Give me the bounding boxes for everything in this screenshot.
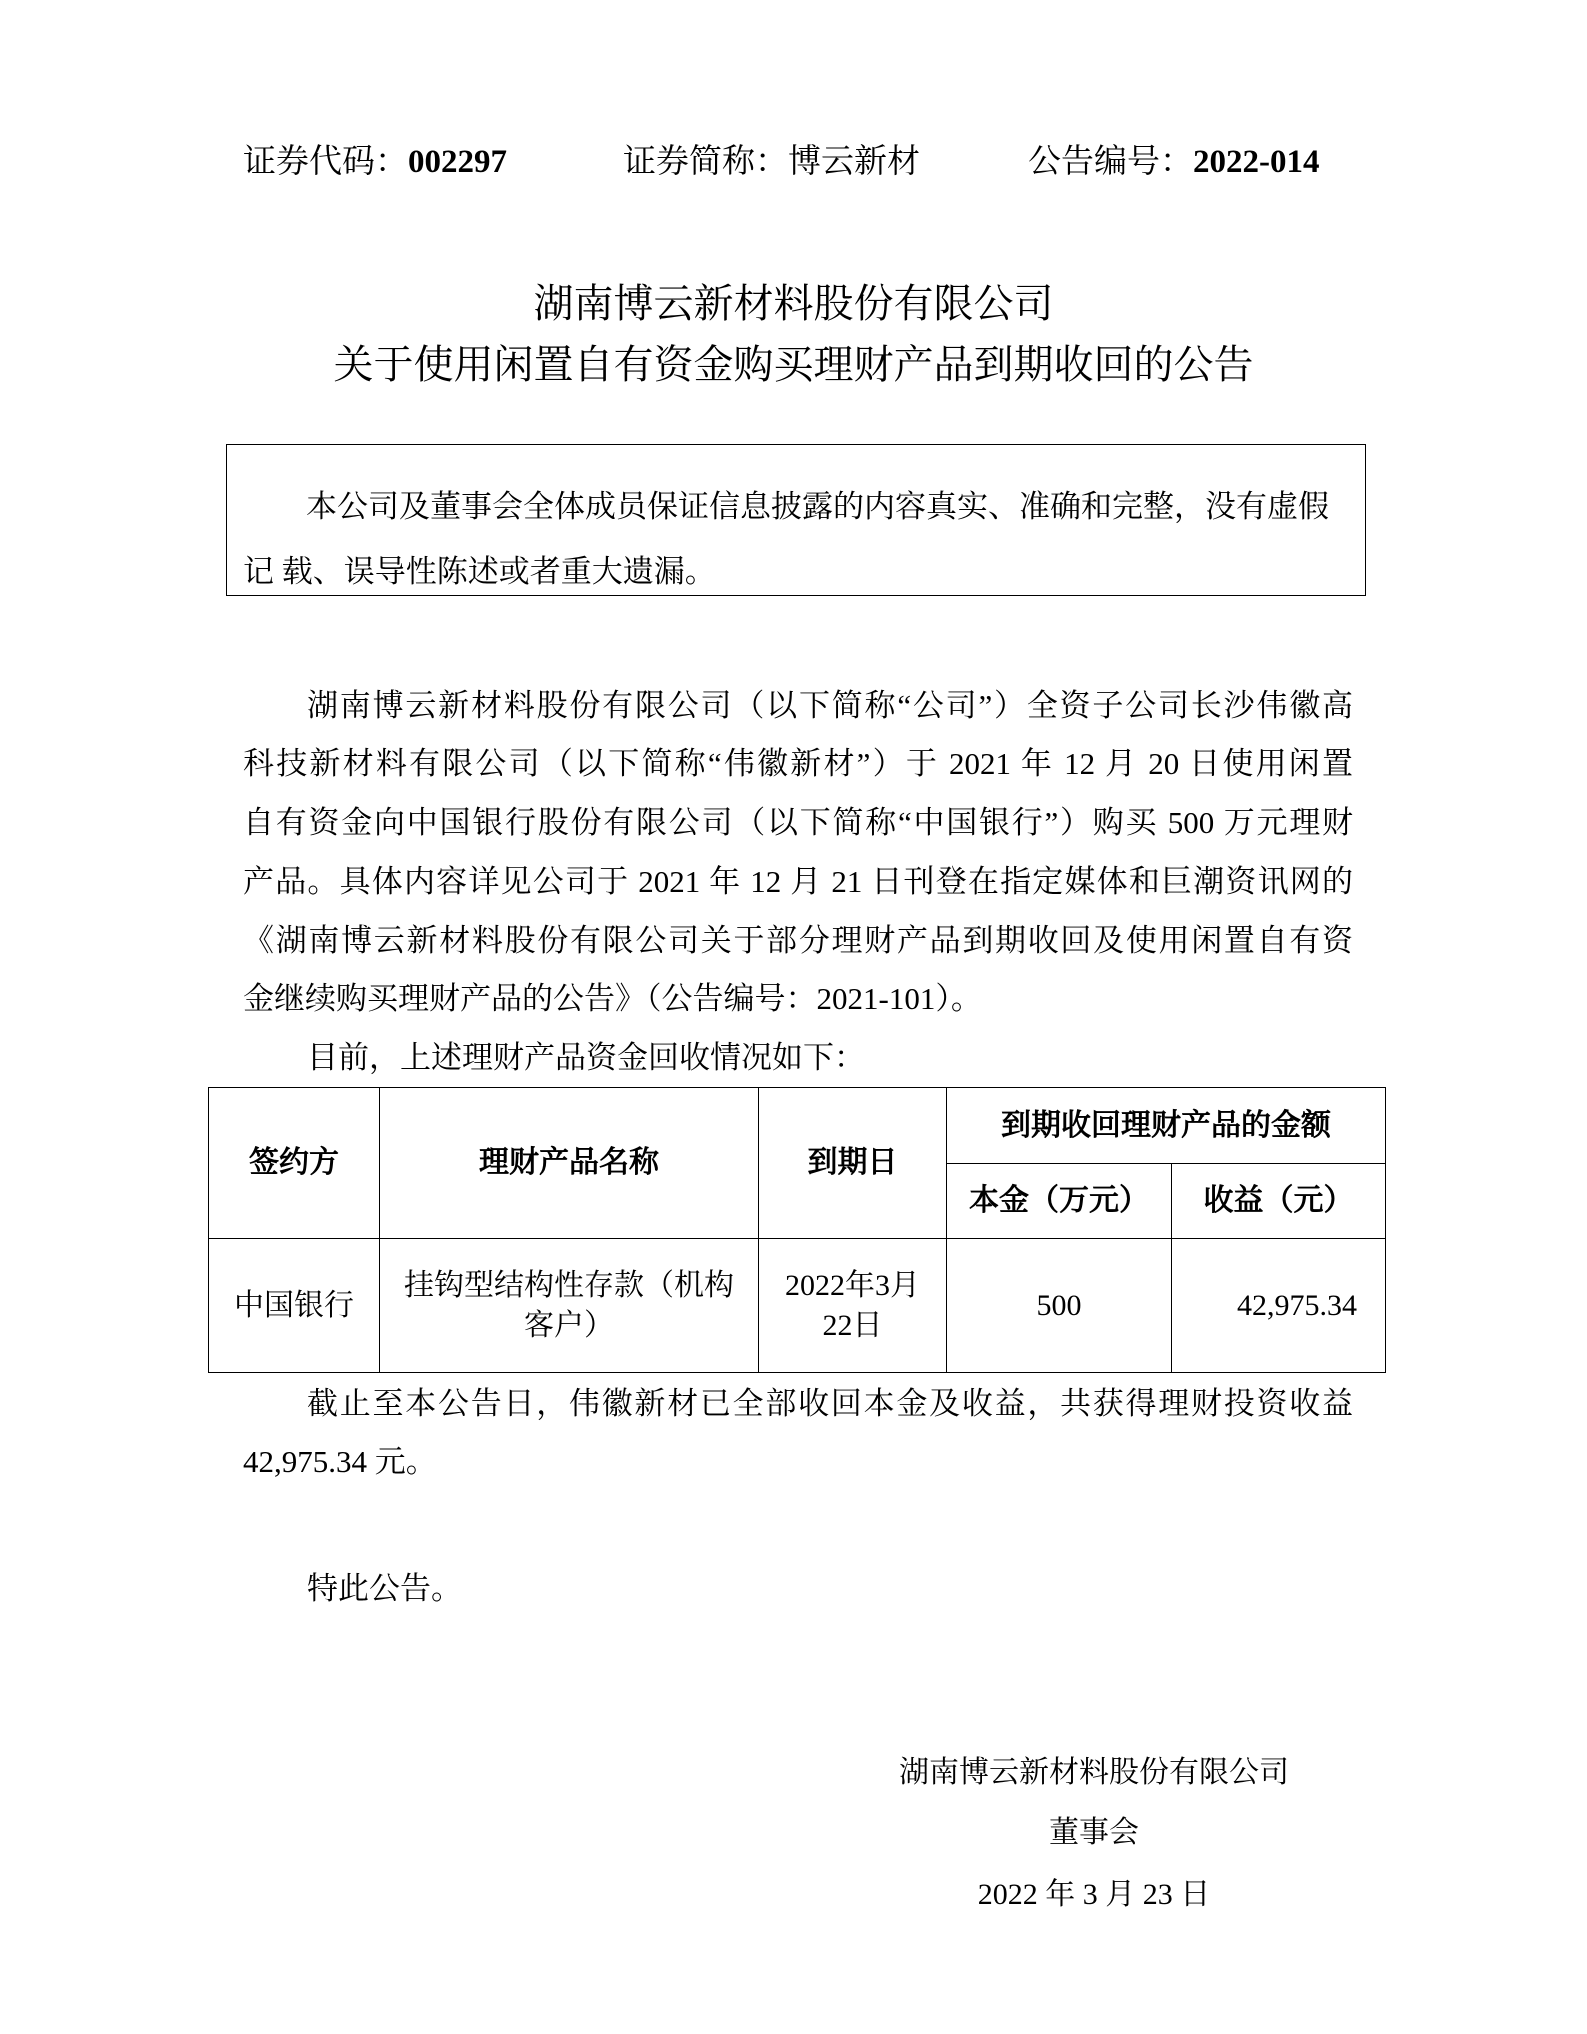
body-paragraph-3: 截止至本公告日，伟徽新材已全部收回本金及收益，共获得理财投资收益 42,975.… <box>243 1378 1353 1498</box>
disclosure-line-2: 记 载、误导性陈述或者重大遗漏。 <box>243 546 716 591</box>
announcement-number: 公告编号：2022-014 <box>1028 135 1320 182</box>
recovery-table: 签约方 理财产品名称 到期日 到期收回理财产品的金额 本金（万元） 收益（元） … <box>208 1087 1386 1373</box>
closing-statement: 特此公告。 <box>307 1563 1417 1608</box>
paragraph-line: 42,975.34 元。 <box>243 1436 1353 1481</box>
body-paragraph-1: 湖南博云新材料股份有限公司（以下简称“公司”）全资子公司长沙伟徽高 科技新材料有… <box>243 680 1353 1040</box>
table-header-row: 签约方 理财产品名称 到期日 到期收回理财产品的金额 <box>209 1088 1386 1164</box>
paragraph-line: 湖南博云新材料股份有限公司（以下简称“公司”）全资子公司长沙伟徽高 <box>307 680 1353 725</box>
header-principal: 本金（万元） <box>947 1164 1172 1239</box>
cell-maturity: 2022年3月22日 <box>759 1239 947 1373</box>
cell-party: 中国银行 <box>209 1239 380 1373</box>
title-company: 湖南博云新材料股份有限公司 <box>0 272 1587 329</box>
cell-income: 42,975.34 <box>1172 1239 1386 1373</box>
body-paragraph-2: 目前，上述理财产品资金回收情况如下： <box>307 1032 1417 1077</box>
announcement-header: 证券代码：002297 证券简称：博云新材 公告编号：2022-014 <box>243 135 1353 179</box>
header-amount-group: 到期收回理财产品的金额 <box>947 1088 1386 1164</box>
paragraph-line: 金继续购买理财产品的公告》（公告编号：2021-101）。 <box>243 973 1353 1018</box>
cell-principal: 500 <box>947 1239 1172 1373</box>
paragraph-line: 产品。具体内容详见公司于 2021 年 12 月 21 日刊登在指定媒体和巨潮资… <box>243 856 1353 901</box>
title-subject: 关于使用闲置自有资金购买理财产品到期收回的公告 <box>0 333 1587 390</box>
signature-board: 董事会 <box>894 1807 1294 1851</box>
header-maturity: 到期日 <box>759 1088 947 1239</box>
disclosure-statement-box: 本公司及董事会全体成员保证信息披露的内容真实、准确和完整，没有虚假 记 载、误导… <box>226 444 1366 596</box>
stock-short-name: 证券简称：博云新材 <box>623 135 920 182</box>
header-product: 理财产品名称 <box>380 1088 759 1239</box>
cell-product: 挂钩型结构性存款（机构客户） <box>380 1239 759 1373</box>
paragraph-line: 科技新材料有限公司（以下简称“伟徽新材”）于 2021 年 12 月 20 日使… <box>243 738 1353 783</box>
paragraph-line: 自有资金向中国银行股份有限公司（以下简称“中国银行”）购买 500 万元理财 <box>243 797 1353 842</box>
signature-date: 2022 年 3 月 23 日 <box>894 1869 1294 1913</box>
paragraph-line: 《湖南博云新材料股份有限公司关于部分理财产品到期收回及使用闲置自有资 <box>243 915 1353 960</box>
paragraph-line: 截止至本公告日，伟徽新材已全部收回本金及收益，共获得理财投资收益 <box>307 1378 1353 1423</box>
table-row: 中国银行 挂钩型结构性存款（机构客户） 2022年3月22日 500 42,97… <box>209 1239 1386 1373</box>
signature-company: 湖南博云新材料股份有限公司 <box>894 1747 1294 1791</box>
header-party: 签约方 <box>209 1088 380 1239</box>
disclosure-line-1: 本公司及董事会全体成员保证信息披露的内容真实、准确和完整，没有虚假 <box>306 481 1329 526</box>
stock-code: 证券代码：002297 <box>243 135 507 182</box>
header-income: 收益（元） <box>1172 1164 1386 1239</box>
